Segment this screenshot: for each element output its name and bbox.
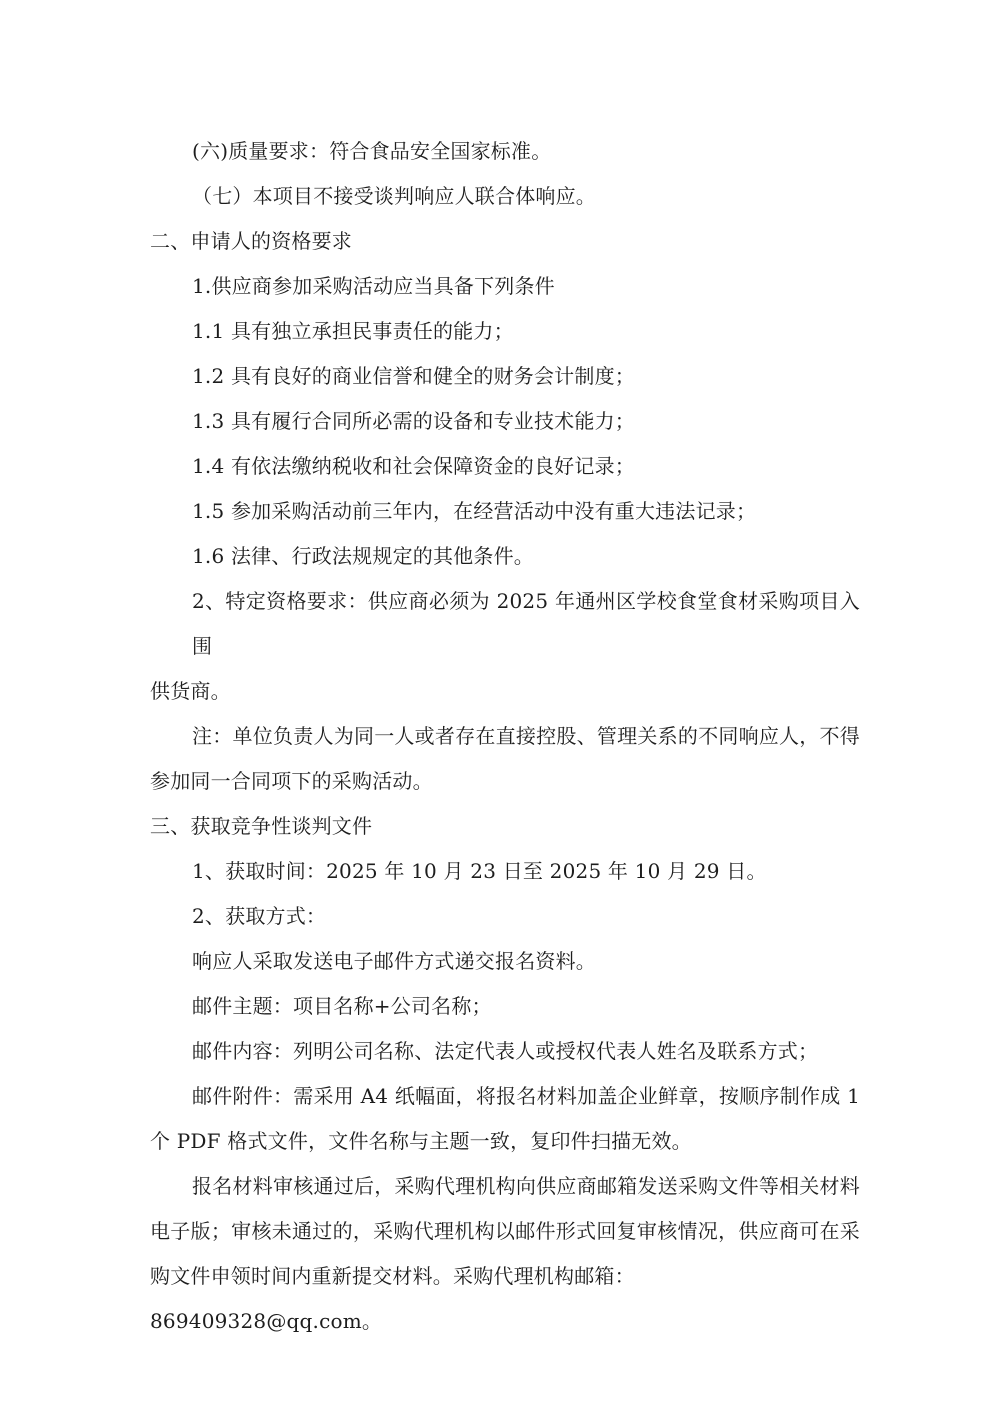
text-line: 响应人采取发送电子邮件方式递交报名资料。 (150, 939, 860, 984)
text-line: 1.2 具有良好的商业信誉和健全的财务会计制度； (150, 354, 860, 399)
text-line: 供货商。 (150, 669, 860, 714)
text-line: 电子版；审核未通过的，采购代理机构以邮件形式回复审核情况，供应商可在采 (150, 1209, 860, 1254)
text-line: 参加同一合同项下的采购活动。 (150, 759, 860, 804)
text-line: 邮件内容：列明公司名称、法定代表人或授权代表人姓名及联系方式； (150, 1029, 860, 1074)
text-line: （七）本项目不接受谈判响应人联合体响应。 (150, 174, 860, 219)
text-line: (六)质量要求：符合食品安全国家标准。 (150, 129, 860, 174)
text-line: 2、特定资格要求：供应商必须为 2025 年通州区学校食堂食材采购项目入围 (150, 579, 860, 669)
text-line: 三、获取竞争性谈判文件 (150, 804, 860, 849)
text-line: 1.6 法律、行政法规规定的其他条件。 (150, 534, 860, 579)
text-line: 1.4 有依法缴纳税收和社会保障资金的良好记录； (150, 444, 860, 489)
text-line: 1.供应商参加采购活动应当具备下列条件 (150, 264, 860, 309)
text-line: 1.1 具有独立承担民事责任的能力； (150, 309, 860, 354)
text-line: 1.5 参加采购活动前三年内，在经营活动中没有重大违法记录； (150, 489, 860, 534)
text-line: 个 PDF 格式文件，文件名称与主题一致，复印件扫描无效。 (150, 1119, 860, 1164)
text-line: 1、获取时间：2025 年 10 月 23 日至 2025 年 10 月 29 … (150, 849, 860, 894)
text-line: 注：单位负责人为同一人或者存在直接控股、管理关系的不同响应人，不得 (150, 714, 860, 759)
document-page: (六)质量要求：符合食品安全国家标准。（七）本项目不接受谈判响应人联合体响应。二… (0, 0, 1000, 1414)
text-line: 邮件主题：项目名称+公司名称； (150, 984, 860, 1029)
text-line: 二、申请人的资格要求 (150, 219, 860, 264)
text-line: 报名材料审核通过后，采购代理机构向供应商邮箱发送采购文件等相关材料 (150, 1164, 860, 1209)
text-line: 2、获取方式： (150, 894, 860, 939)
text-line: 购文件申领时间内重新提交材料。采购代理机构邮箱：869409328@qq.com… (150, 1254, 860, 1344)
text-line: 邮件附件：需采用 A4 纸幅面，将报名材料加盖企业鲜章，按顺序制作成 1 (150, 1074, 860, 1119)
text-line: 1.3 具有履行合同所必需的设备和专业技术能力； (150, 399, 860, 444)
page-text: (六)质量要求：符合食品安全国家标准。（七）本项目不接受谈判响应人联合体响应。二… (150, 129, 860, 1344)
